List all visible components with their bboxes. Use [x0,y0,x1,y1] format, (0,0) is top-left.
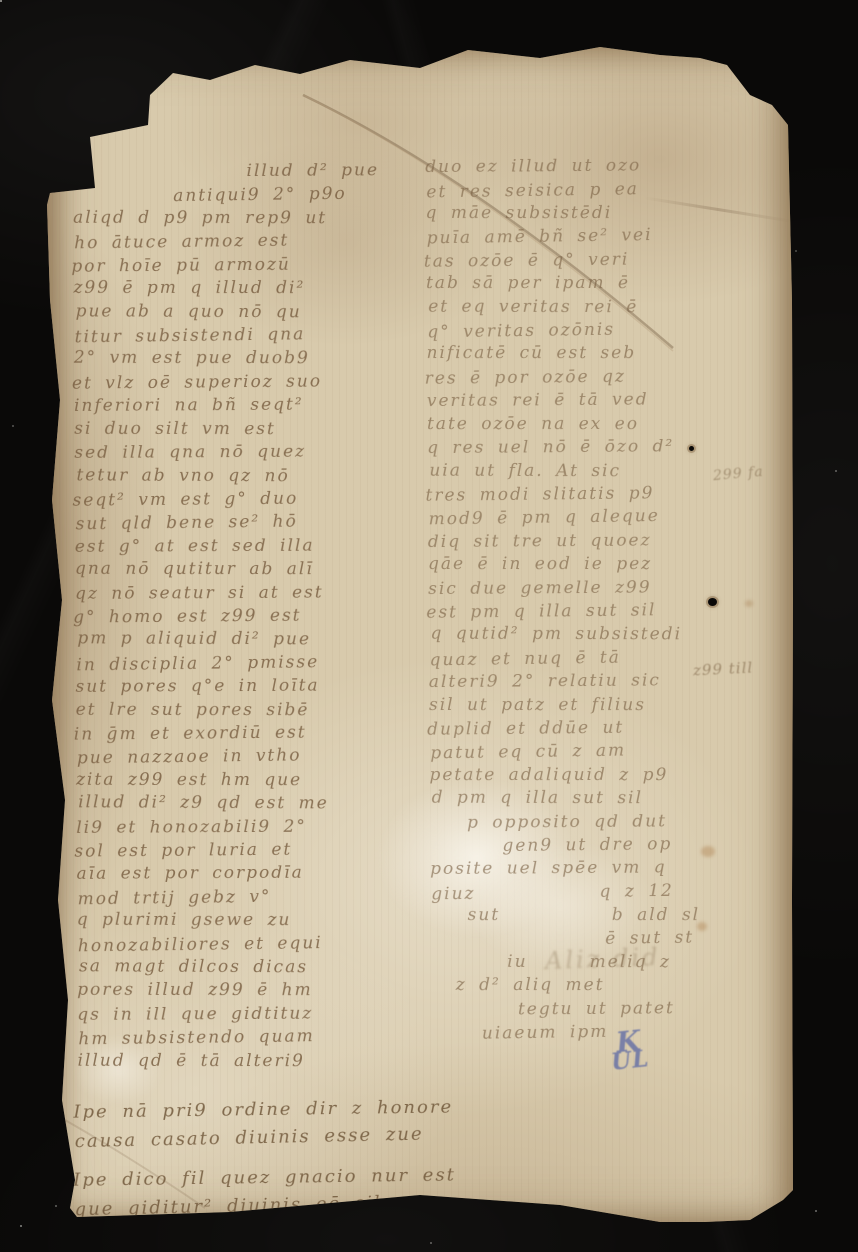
text-line: veritas rei ē tā ved [427,388,747,414]
text-line: g° homo est z99 est [73,603,425,629]
text-line: mod trtij gebz v° [78,883,430,911]
text-line: sa magt dilcos dicas [79,955,431,980]
text-line: q res uel nō ē ōzo d² [427,435,747,461]
stamp-letters-ul: UL [610,1047,650,1074]
text-line: q māe subsistēdi [426,202,746,225]
text-line: q plurimi gsewe zu [77,909,429,933]
text-line: p opposito qd dut [430,809,750,835]
worm-hole [689,446,694,451]
text-line: qna nō qutitur ab alī [75,558,427,582]
text-line: gen9 ut dre op [428,832,748,859]
text-line: sil ut patz et filius [429,694,749,717]
text-line: in disciplia 2° pmisse [76,649,428,677]
text-line: sed illa qna nō quez [74,440,426,465]
text-line: patut eq cū z am [430,738,750,766]
text-line: tas ozōe ē q° veri [424,247,744,274]
text-line: inferiori na bñ seqt² [74,393,426,418]
text-line: sol est por luria et [74,837,426,863]
text-line: pue nazzaoe in vtho [77,743,429,771]
text-line: 2° vm est pue duob9 [74,347,426,371]
text-line: diq sit tre ut quoez [428,529,748,555]
text-line: et lre sut pores sibē [76,698,428,722]
text-line: aliqd d p9 pm rep9 ut [73,207,425,231]
text-line: est g° at est sed illa [75,534,427,559]
left-text-column: illud d² pue antiqui9 2° p9oaliqd d p9 p… [72,89,429,1074]
text-line: aīa est por corpodīa [76,861,428,886]
text-line: sut pores q°e in loīta [75,674,427,699]
text-line: posite uel spēe vm q [430,856,750,882]
text-line: res ē por ozōe qz [425,364,745,391]
text-line: z99 ē pm q illud di² [73,277,425,301]
marginal-note-z99: z99 till [693,658,754,679]
right-text-column: duo ez illud ut ozoet res seisica p eaq … [425,84,752,1046]
text-line: et res seisica p ea [426,176,746,204]
text-line: q qutid² pm subsistedi [430,623,750,647]
text-line: li9 et honozabili9 2° [76,815,428,840]
text-line: por hoīe pū armozū [71,252,423,278]
text-line: uiaeum ipm [432,1019,752,1047]
text-line: illud di² z9 qd est me [78,791,430,816]
text-line: z d² aliq met [431,974,751,997]
text-line: pm p aliquid di² pue [77,628,429,653]
text-line: qāe ē in eod ie pez [428,553,748,576]
text-line: tate ozōe na ex eo [427,413,747,436]
text-line: et vlz oē superioz suo [72,369,424,395]
text-line: honozabiliores et equi [78,930,430,958]
text-line: tetur ab vno qz nō [76,464,428,489]
text-line: sic due gemelle z99 [428,575,748,601]
text-line: pores illud z99 ē hm [77,979,429,1003]
text-line: illud d² pue [73,159,425,184]
worm-hole [708,598,717,606]
text-line: sut qld bene se² hō [76,509,428,537]
text-line: tab sā per ipam ē [426,272,746,295]
faded-footer-text: Aliz did [545,943,661,975]
manuscript-leaf: illud d² pue antiqui9 2° p9oaliqd d p9 p… [45,40,795,1232]
text-line: titur subsistendi qna [75,322,427,350]
text-line: pue ab a quo nō qu [76,300,428,325]
library-stamp: K UL [608,1026,651,1074]
text-line: est pm q illa sut sil [426,598,746,625]
text-line: uia ut fla. At sic [429,459,749,483]
dust-specks [0,0,2,2]
text-line: nificatē cū est seb [427,342,747,365]
text-line: petate adaliquid z p9 [429,764,749,787]
marginal-note-299: 299 fa [712,464,764,484]
text-line: qz nō seatur si at est [75,581,427,606]
text-line: mod9 ē pm q aleque [429,504,749,532]
text-line: sut b ald sl [430,904,750,927]
text-line: zita z99 est hm que [76,768,428,792]
text-line: giuz q z 12 [431,878,751,906]
text-line: et eq veritas rei ē [428,295,748,319]
text-line: q° veritas ozōnis [427,317,747,345]
text-line: duo ez illud ut ozo [425,154,745,180]
text-line: d pm q illa sut sil [432,787,752,811]
text-line: si duo silt vm est [74,417,426,441]
text-line: antiqui9 2° p9o [74,181,426,209]
